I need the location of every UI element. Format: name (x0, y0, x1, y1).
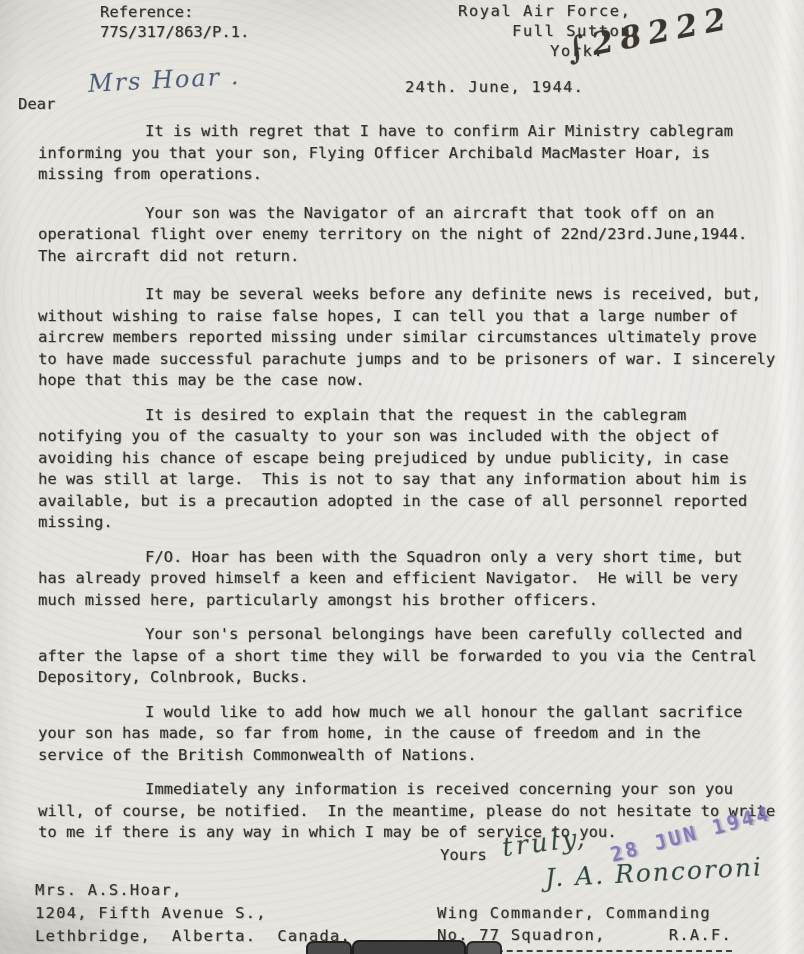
letterhead-line-1: Royal Air Force, (458, 1, 631, 23)
reference-label: Reference: (100, 2, 193, 24)
paragraph-2: Your son was the Navigator of an aircraf… (38, 203, 800, 268)
recipient-address-line-3: Lethbridge, Alberta. Canada. (35, 926, 351, 948)
reference-number: 77S/317/863/P.1. (100, 22, 249, 44)
recipient-address-line-2: 1204, Fifth Avenue S., (35, 903, 267, 925)
closing-typed: Yours (440, 845, 487, 867)
paragraph-6: Your son's personal belongings have been… (38, 624, 800, 689)
bottom-edge-shape-right (466, 941, 502, 954)
recipient-address-line-1: Mrs. A.S.Hoar, (35, 880, 182, 902)
salutation-typed: Dear (18, 94, 55, 116)
bottom-edge-shape-left (306, 941, 352, 954)
bottom-edge-shape-center (352, 940, 466, 954)
paragraph-7: I would like to add how much we all hono… (38, 702, 800, 767)
letter-date: 24th. June, 1944. (405, 77, 584, 99)
paragraph-4: It is desired to explain that the reques… (38, 405, 800, 534)
handwritten-recipient-name: Mrs Hoar . (87, 62, 241, 98)
signatory-title: Wing Commander, Commanding (437, 903, 711, 925)
paragraph-3: It may be several weeks before any defin… (38, 284, 800, 392)
paragraph-1: It is with regret that I have to confirm… (38, 121, 800, 186)
paragraph-5: F/O. Hoar has been with the Squadron onl… (38, 547, 800, 612)
letter-document: Reference: 77S/317/863/P.1. Royal Air Fo… (0, 0, 804, 954)
handwritten-signature: J. A. Roncoroni (544, 852, 763, 892)
letter-body: It is with regret that I have to confirm… (38, 121, 800, 857)
